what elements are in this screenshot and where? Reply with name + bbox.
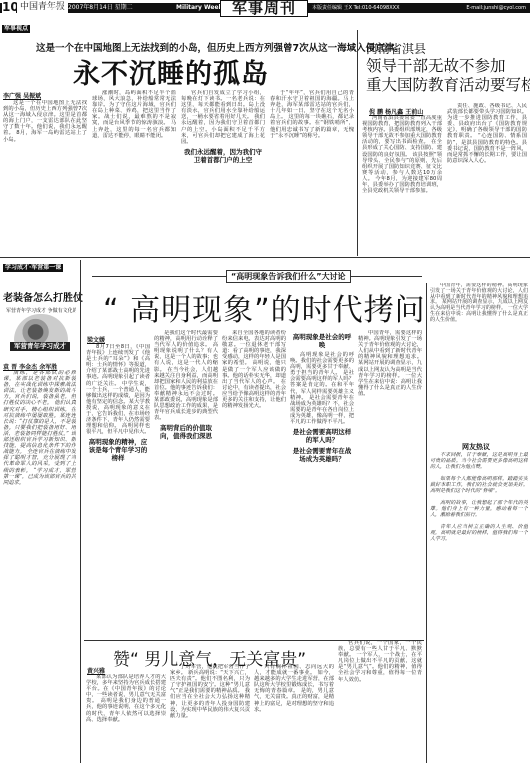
story3-column-2: 是我们这个时代最需要的精神，高明用行动诠释了当代军人的价值追求。 高明现象说明了… [154,330,218,634]
paragraph: 官兵们说，一个国家，一个民族，总要有一些人甘于平凡、默默奉献。 一个军人，一个战… [338,640,422,683]
readers-box: 不求回报，甘于奉献，这是高明身上最可贵的品质。当今社会需要更多像高明这样的人，让… [430,452,528,762]
sidebar-section-tag: 学习成才·军营第一课 [3,264,63,272]
story3-column-4: 高明现象是社会的呼唤 高明现象是社会的呼唤。我们的社会需要更多的高明，需要更多甘… [290,330,354,634]
paragraph: 高明现象是社会的呼唤。我们的社会需要更多的高明，需要更多甘于奉献、勇于担当的青年… [290,352,354,425]
story3-headline: “ 高明现象”的时代拷问 [103,285,426,329]
horizontal-divider [0,257,530,258]
paragraph: 了对军营，他就把军营当作了家乡。 新兵高明说：“天下兴亡，匹夫有责”。他们不图名… [170,664,250,719]
story3-column-3: 来自全国各地的读者纷纷来信来电，表达对高明的敬意。一位退休老干部写道：看了高明的… [222,330,286,634]
story2-headline: 领导干部无故不参加 重大国防教育活动要写检查 [366,57,530,95]
reader-comment: 高明的故事，让我想起了那个年代的英雄。他们身上有一种力量，感动着每一个人，激励着… [430,500,528,518]
story4-column-3: 只有胸怀祖国、志向远大的人，才能成就一番事业。 如今，越来越多的大学生走进军营，… [254,664,334,763]
story1-column-3: 官兵们自发成立了学习小组，每晚在灯下读书。一名老兵说：在这里，每天都能看到日出。… [181,90,265,252]
story3-column-5: 中国青年，需要这样的精神。高明现象引发了一场关于青年价值观的大讨论，人们从中看到… [358,330,422,634]
masthead-slashes: ///// [48,3,61,13]
story4-column-1: 某部认为部队是培养人才的大学校，多年来坚持为官兵成长搭建平台。在《中国青年报》的… [86,674,166,763]
paragraph: 这是一个在中国地图上无法找到的小岛，但历史上西方列强曾7次从这一海域入侵京津。这… [3,100,87,143]
readers-box-title: 网友热议 [462,442,490,452]
story1-byline: 李广强 吴振斌 [3,91,41,100]
page-number: 10 [2,1,16,14]
column-divider [357,30,358,256]
story2-headline-line-1: 领导干部无故不参加 [366,57,530,76]
story3-subhead: 是社会需要青年在战场成为英雄吗？ [290,447,354,463]
illustration-banner: 军营青年学习成才 [10,342,70,351]
story1-column-1: 这是一个在中国地图上无法找到的小岛，但历史上西方列强曾7次从这一海域入侵京津。这… [3,100,87,250]
story3-subhead: 高明现象是社会的呼唤 [290,333,354,349]
paragraph: 演练，是各部队的必修课。某部以老装备对抗新装备，在实战化训练中探索战法训法，让老… [3,370,76,486]
story4-column-4: 官兵们说，一个国家，一个民族，总要有一些人甘于平凡、默默奉献。 一个军人，一个战… [338,640,422,763]
paragraph: 来自全国各地的读者纷纷来信来电，表达对高明的敬意。一位退休老干部写道：看了高明的… [222,330,286,409]
column-divider [426,283,427,763]
editor-info: 本版责任编辑 王X Tel:010-64098XXX [312,3,400,13]
story3-subhead: 是社会需要高明这样的军人吗？ [290,428,354,444]
reader-comment: 青年人应当树立正确的人生观、价值观，高明就是最好的榜样，值得我们每一个人学习。 [430,524,528,542]
discussion-label: “高明现象告诉我们什么”大讨论 [226,270,351,283]
story1-subhead: 我们永远醒着，因为我们守卫着首都门户的上空 [181,148,265,164]
paragraph: 责任、施政、各级书记、人民武装部长都要带头学习国防知识。 为进一步推进国防教育工… [447,103,527,164]
story3-byline: 梁文媛 [87,335,105,344]
story2-headline-line-2: 重大国防教育活动要写检查 [366,76,530,95]
paragraph: 中国青年，需要这样的精神。高明现象引发了一场关于青年价值观的大讨论，人们从中看到… [430,283,528,324]
paragraph: 是我们这个时代最需要的精神，高明用行动诠释了当代军人的价值追求。 高明现象说明了… [154,330,218,421]
story1-headline: 永不沉睡的孤岛 [73,52,269,91]
sidebar-column: 演练，是各部队的必修课。某部以老装备对抗新装备，在实战化训练中探索战法训法，让老… [3,370,76,760]
sidebar-headline: 老装备怎么打胜仗 [3,289,83,304]
masthead: 10 中国青年报 ///// 2007年8月14日 星期二 Military W… [0,0,530,16]
story1-column-4: 于“年年”，官兵们用自己的青春和汗水守卫着祖国的海疆。马上奔赴，海军某部雷达站的… [270,90,354,252]
paragraph: 于“年年”，官兵们用自己的青春和汗水守卫着祖国的海疆。马上奔赴，海军某部雷达站的… [270,90,354,139]
soldiers-illustration-icon [14,314,68,344]
paragraph: 河南省淇县委常委一直高度重视国防教育，把国防教育列入干部考核内容。县委组织部规定… [362,115,442,194]
paragraph: 某部认为部队是培养人才的大学校，多年来坚持为官兵成长搭建平台。在《中国青年报》的… [86,674,166,723]
story4-column-2: 了对军营，他就把军营当作了家乡。 新兵高明说：“天下兴亡，匹夫有责”。他们不图名… [170,664,250,763]
story3-subhead: 高明现象的精神，应该是每个青年学习的榜样 [86,438,150,462]
sidebar-illustration: 军营青年学习成才 争做有文化的新型军人 军营青年学习成才 [4,306,76,356]
illustration-arc-text: 军营青年学习成才 争做有文化的新型军人 [6,307,76,314]
story2-column-2: 责任、施政、各级书记、人民武装部长都要带头学习国防知识。 为进一步推进国防教育工… [447,103,527,255]
paragraph: 涨潮时，岛屿面积不足半个篮球场，风大浪急，补给船常常无法靠岸。为了守住这片海域，… [92,90,176,139]
story1-section-tag: 军事视点 [2,25,30,33]
story2-kicker: 河南省淇县 [366,40,426,57]
story3-column-6: 中国青年，需要这样的精神。高明现象引发了一场关于青年价值观的大讨论，人们从中看到… [430,283,528,433]
paragraph: 中国青年，需要这样的精神。高明现象引发了一场关于青年价值观的大讨论，人们从中看到… [358,330,422,397]
contact-email: E-mail:junshi@cyol.com [466,3,526,13]
column-divider [80,260,81,763]
story3-subhead: 高明背后的价值取向，值得我们深思 [154,424,218,440]
story2-column-1: 河南省淇县委常委一直高度重视国防教育，把国防教育列入干部考核内容。县委组织部规定… [362,115,442,255]
reader-comment: 如果每个人都能像高明那样，踏踏实实做好本职工作，我们的社会就会更加美好。高明是我… [430,476,528,494]
reader-comment: 不求回报，甘于奉献，这是高明身上最可贵的品质。当今社会需要更多像高明这样的人，让… [430,452,528,470]
paragraph: 官兵们自发成立了学习小组，每晚在灯下读书。一名老兵说：在这里，每天都能看到日出。… [181,90,265,145]
story3-column-1: 8月7日至8日，《中国青年报》上连续刊发了《他是士兵的“耳朵”》和《高明：士兵的… [86,344,150,634]
issue-date: 2007年8月14日 星期二 [68,3,133,13]
paragraph: 只有胸怀祖国、志向远大的人，才能成就一番事业。 如今，越来越多的大学生走进军营，… [254,664,334,713]
story1-column-2: 涨潮时，岛屿面积不足半个篮球场，风大浪急，补给船常常无法靠岸。为了守住这片海域，… [92,90,176,252]
section-title: 军事周刊 [220,0,308,17]
paragraph: 8月7日至8日，《中国青年报》上连续刊发了《他是士兵的“耳朵”》和《高明：士兵的… [86,344,150,435]
